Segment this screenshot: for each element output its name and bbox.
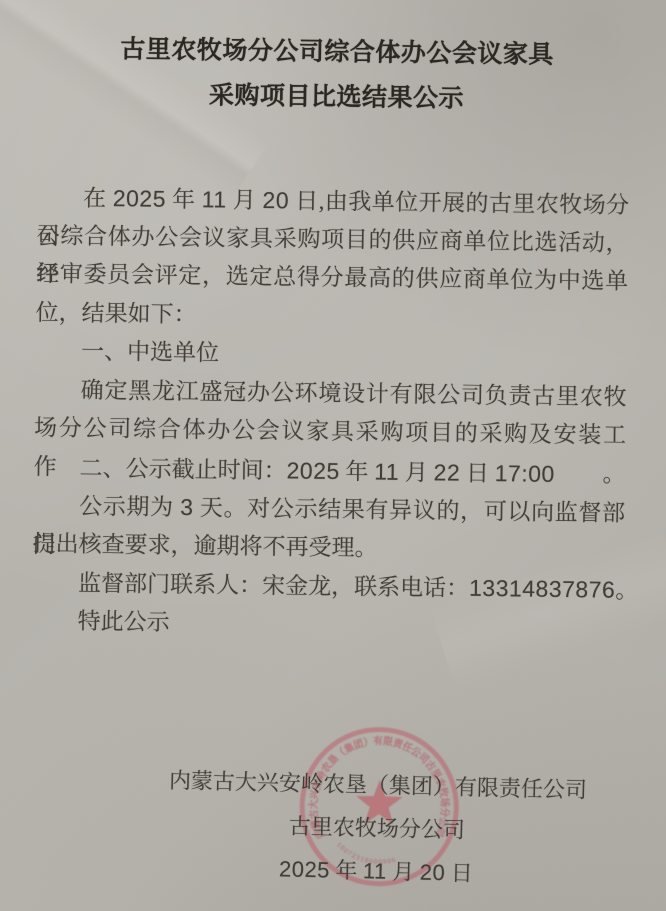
doc-title-line-2: 采购项目比选结果公示 xyxy=(3,71,666,125)
doc-title: 古里农牧场分公司综合体办公会议家具 采购项目比选结果公示 xyxy=(3,0,666,124)
document-content: 古里农牧场分公司综合体办公会议家具 采购项目比选结果公示 在 2025 年 11… xyxy=(0,0,666,911)
signature-block: 内蒙古大兴安岭农垦（集团）有限责任公司 古里农牧场分公司 2025 年 11 月… xyxy=(92,757,661,899)
doc-body: 在 2025 年 11 月 20 日,由我单位开展的古里农牧场分公 司综合体办公… xyxy=(31,178,629,648)
document-photo: { "page": { "background_color": "#b7b4ae… xyxy=(0,0,666,911)
paper-sheet: 古里农牧场分公司综合体办公会议家具 采购项目比选结果公示 在 2025 年 11… xyxy=(0,0,666,911)
